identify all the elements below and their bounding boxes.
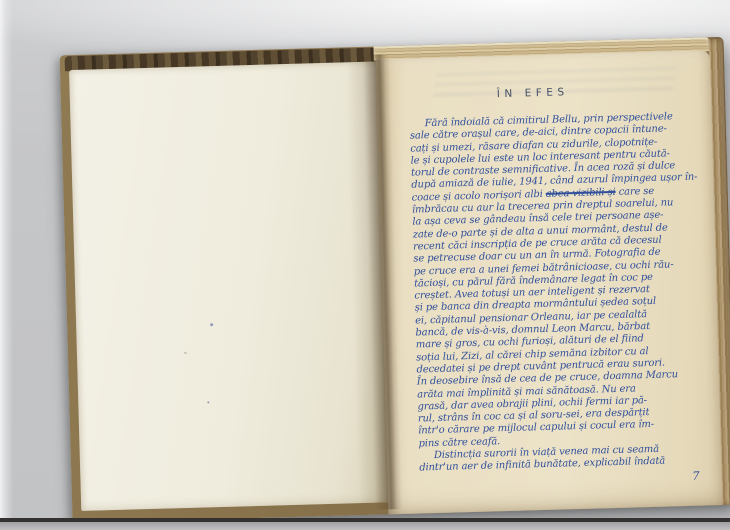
ink-speck [210,323,213,326]
scanned-book-page: { "book": { "ink_color": "#31509c", "tit… [0,0,730,530]
scanner-edge-strip [0,0,13,530]
handwritten-text: care se [615,186,654,198]
open-book: ÎN EFES Fără îndoială că cimitirul Bellu… [60,37,730,523]
manuscript-text: ÎN EFES Fără îndoială că cimitirul Bellu… [409,82,716,490]
ink-speck [184,352,187,354]
right-page-manuscript: ÎN EFES Fără îndoială că cimitirul Bellu… [376,50,723,514]
struck-text: abea vizibili și [546,187,616,200]
scanner-bottom-margin [0,522,730,530]
left-page-blank [69,62,388,511]
ink-speck [207,401,209,403]
manuscript-lines: Fără îndoială că cimitirul Bellu, prin p… [409,110,715,475]
handwritten-text: pins către ceafă. [418,436,500,449]
